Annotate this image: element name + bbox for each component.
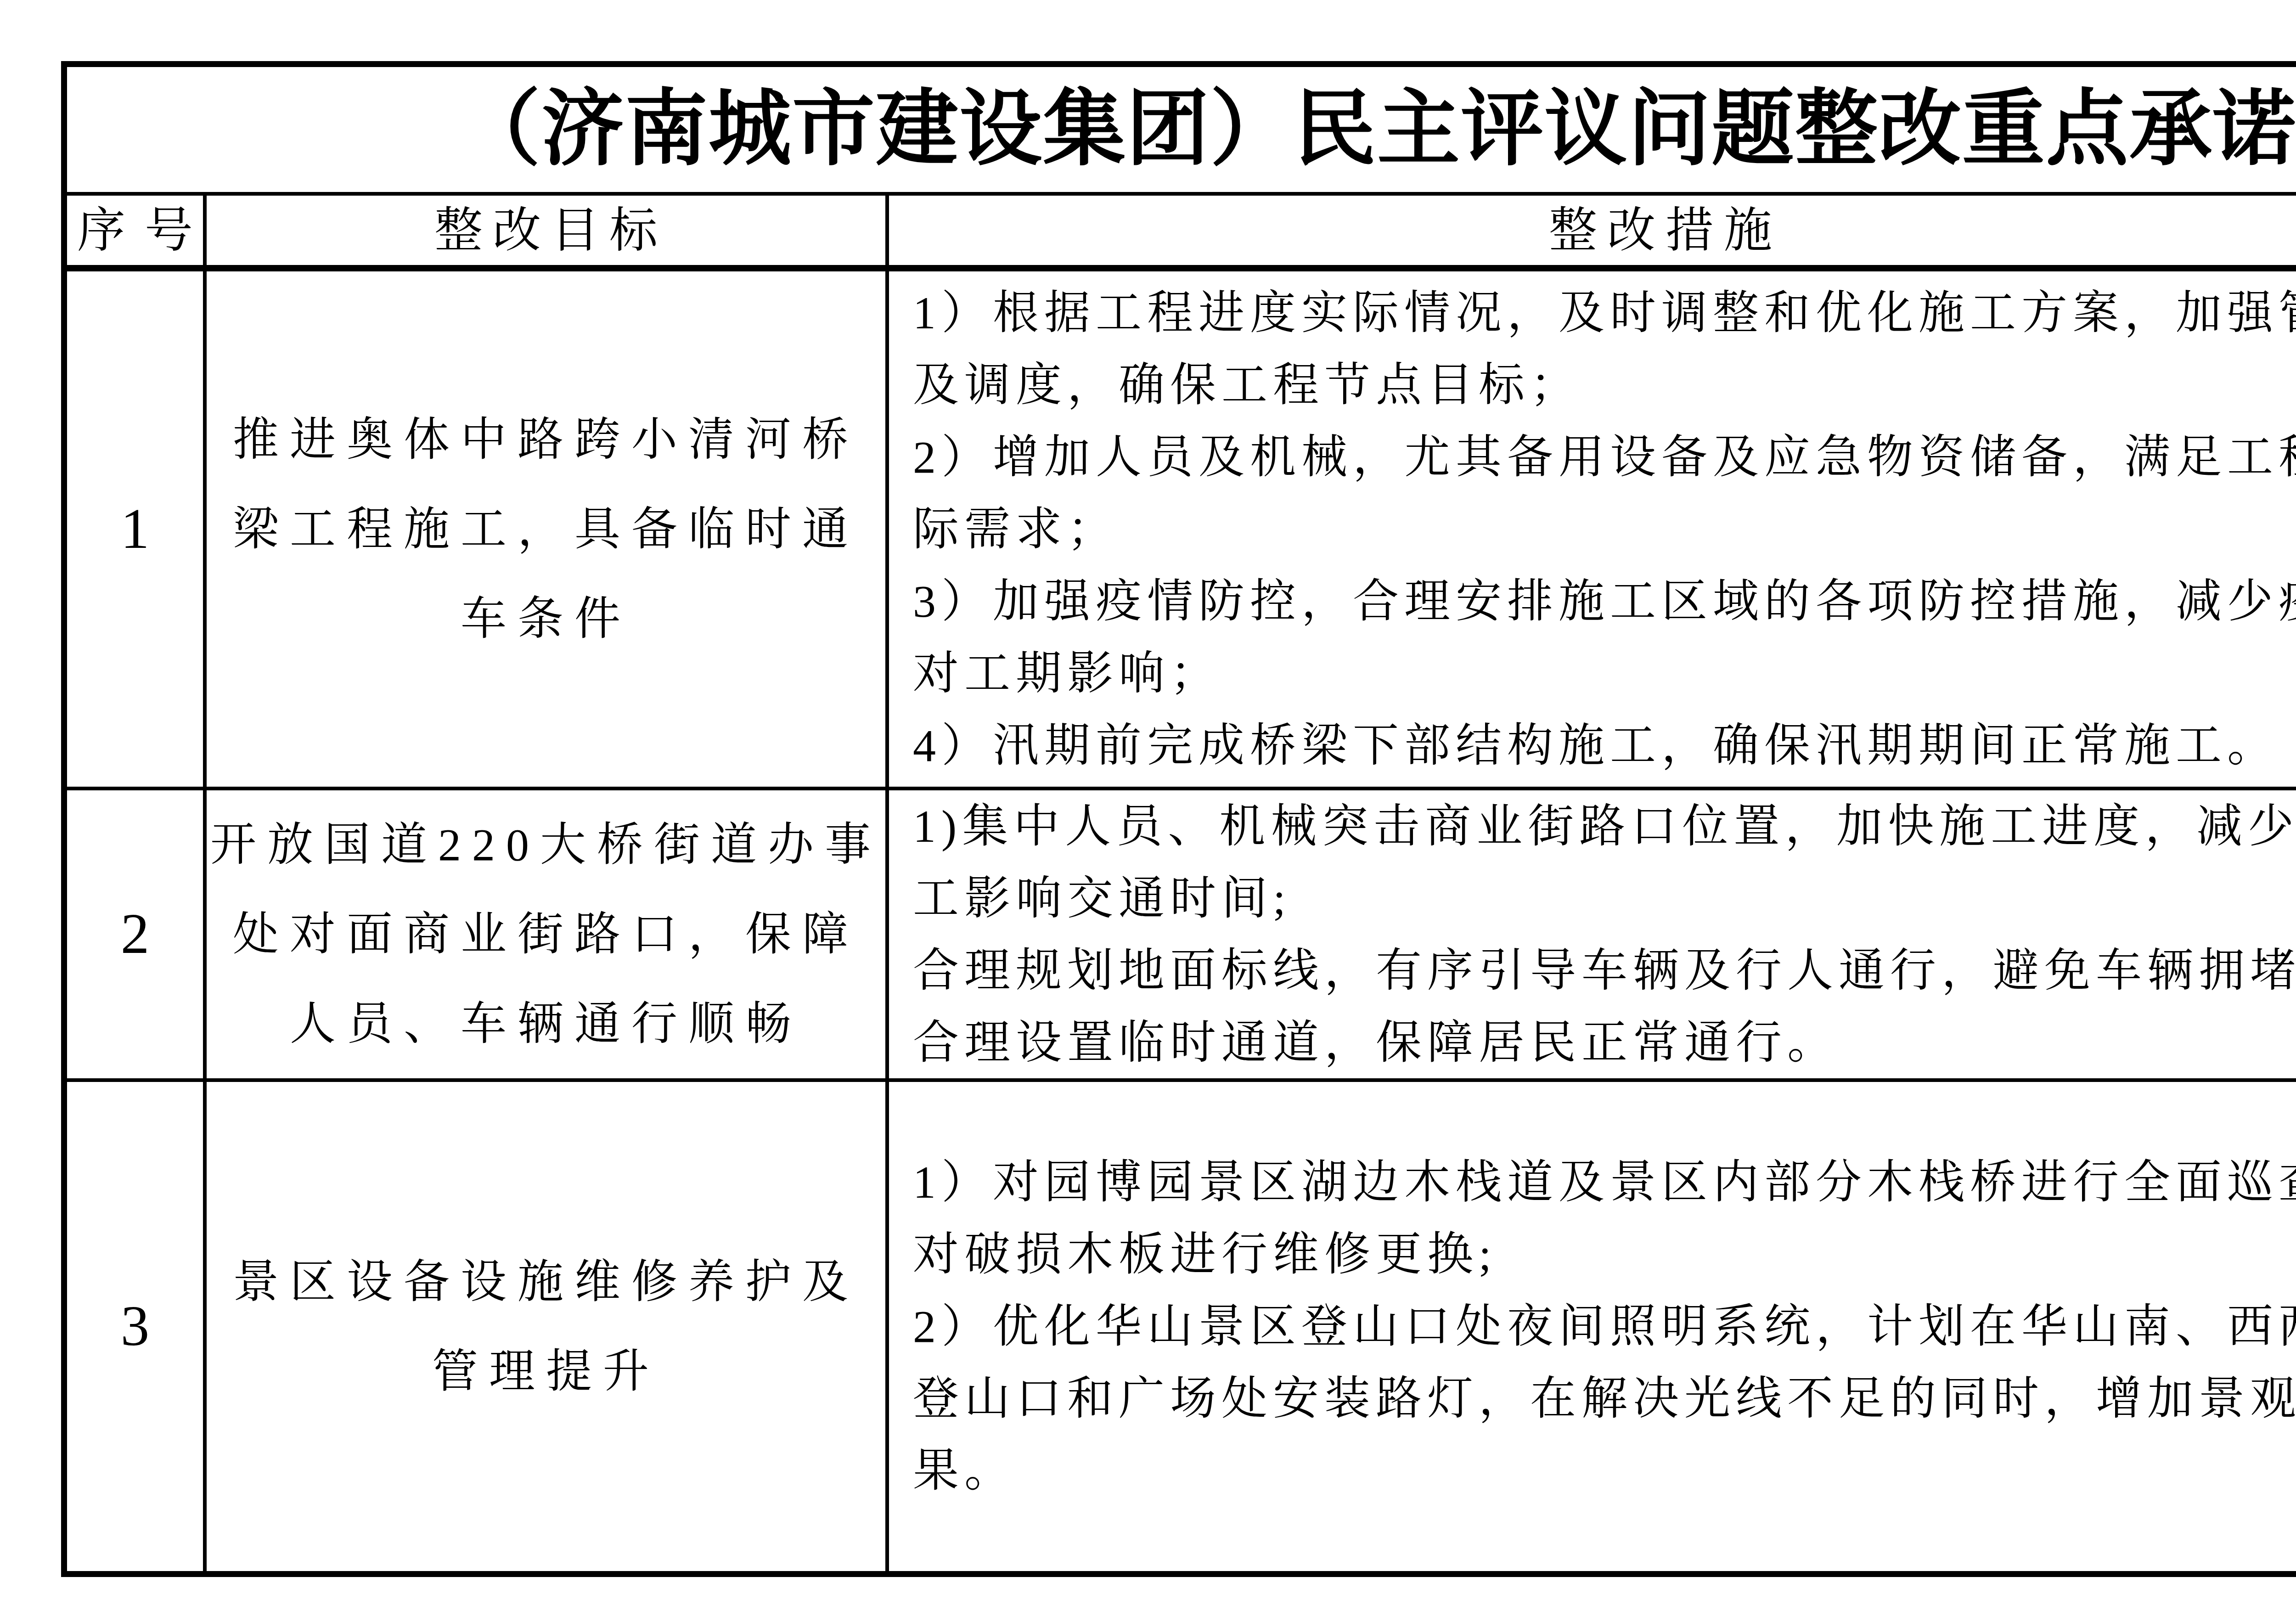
goal-line: 人员、车辆通行顺畅	[290, 979, 802, 1069]
goal-line: 车条件	[461, 574, 631, 664]
measure-line: 3）加强疫情防控，合理安排施工区域的各项防控措施，减少疫情	[913, 565, 2296, 637]
row-number: 1	[67, 271, 207, 790]
goal-line: 处对面商业街路口，保障	[233, 890, 859, 979]
column-header-goal: 整改目标	[207, 196, 889, 271]
measure-line: 1）对园博园景区湖边木栈道及景区内部分木栈桥进行全面巡查，	[913, 1146, 2296, 1218]
measure-line-text: 工影响交通时间;	[913, 862, 1291, 935]
goal-cell: 开放国道220大桥街道办事处对面商业街路口，保障人员、车辆通行顺畅	[207, 790, 889, 1082]
measure-line: 及调度，确保工程节点目标；	[913, 349, 2296, 421]
measure-line: 合理规划地面标线，有序引导车辆及行人通行，避免车辆拥堵，	[913, 935, 2296, 1007]
goal-cell: 景区设备设施维修养护及管理提升	[207, 1082, 889, 1571]
measure-line: 对破损木板进行维修更换;	[913, 1218, 2296, 1290]
measure-line: 2）增加人员及机械，尤其备用设备及应急物资储备，满足工程实	[913, 421, 2296, 493]
measure-line: 对工期影响；	[913, 637, 2296, 710]
goal-line: 管理提升	[432, 1327, 660, 1416]
measure-line: 工影响交通时间;2)	[913, 862, 2296, 935]
measure-line: 合理设置临时通道，保障居民正常通行。	[913, 1007, 2296, 1079]
goal-cell: 推进奥体中路跨小清河桥梁工程施工，具备临时通车条件	[207, 271, 889, 790]
column-header-no: 序号	[67, 196, 207, 271]
goal-line: 推进奥体中路跨小清河桥	[233, 395, 859, 484]
measures-cell: 1)集中人员、机械突击商业街路口位置，加快施工进度，减少施工影响交通时间;2)合…	[889, 790, 2296, 1082]
row-number: 2	[67, 790, 207, 1082]
measure-line: 4）汛期前完成桥梁下部结构施工，确保汛期期间正常施工。	[913, 710, 2296, 782]
measure-line: 1)集中人员、机械突击商业街路口位置，加快施工进度，减少施	[913, 790, 2296, 862]
measure-line: 1）根据工程进度实际情况，及时调整和优化施工方案，加强管理	[913, 277, 2296, 349]
commitment-table: （济南城市建设集团）民主评议问题整改重点承诺事项 序号 整改目标 整改措施 完成…	[61, 61, 2296, 1577]
measures-cell: 1）根据工程进度实际情况，及时调整和优化施工方案，加强管理及调度，确保工程节点目…	[889, 271, 2296, 790]
goal-line: 梁工程施工，具备临时通	[233, 484, 859, 574]
measure-line: 果。	[913, 1435, 2296, 1507]
column-header-measures: 整改措施	[889, 196, 2296, 271]
row-number: 3	[67, 1082, 207, 1571]
table-title: （济南城市建设集团）民主评议问题整改重点承诺事项	[67, 67, 2296, 196]
measure-line: 2）优化华山景区登山口处夜间照明系统，计划在华山南、西两处	[913, 1290, 2296, 1363]
measures-cell: 1）对园博园景区湖边木栈道及景区内部分木栈桥进行全面巡查，对破损木板进行维修更换…	[889, 1082, 2296, 1571]
goal-line: 景区设备设施维修养护及	[233, 1237, 859, 1327]
goal-line: 开放国道220大桥街道办事	[210, 800, 882, 890]
measure-line: 际需求；	[913, 493, 2296, 565]
measure-line: 登山口和广场处安装路灯，在解决光线不足的同时，增加景观效	[913, 1363, 2296, 1435]
